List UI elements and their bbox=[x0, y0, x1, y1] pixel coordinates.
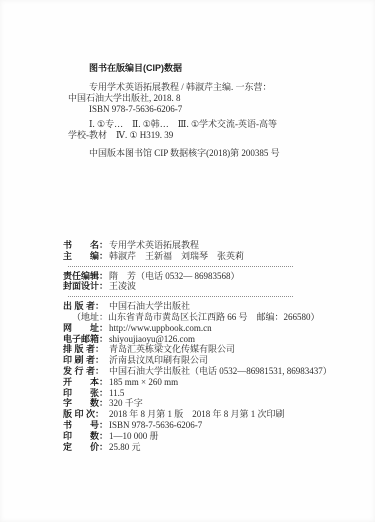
cip-data-block: 图书在版编目(CIP)数据 专用学术英语拓展教程 / 韩淑芹主编. 一东营： 中… bbox=[68, 63, 348, 159]
row-printed-sheets: 印 张：11.5 bbox=[63, 388, 365, 399]
row-value: 25.80 元 bbox=[109, 442, 141, 452]
colophon-block: 书 名：专用学术英语拓展教程 主 编：韩淑芹 王新福 刘瑞琴 张英莉 责任编辑：… bbox=[63, 240, 365, 452]
row-label: 主 编： bbox=[63, 251, 109, 262]
row-value: http://www.uppbook.com.cn bbox=[109, 323, 212, 333]
dotted-divider bbox=[68, 296, 293, 297]
row-label: 字 数： bbox=[63, 398, 109, 409]
row-value: 11.5 bbox=[109, 388, 124, 398]
row-label: 印 刷 者： bbox=[63, 355, 109, 366]
row-email: 电子邮箱：shiyoujiaoyu@126.com bbox=[63, 334, 365, 345]
row-value: 中国石油大学出版社 bbox=[109, 301, 190, 311]
row-book-title: 书 名：专用学术英语拓展教程 bbox=[63, 240, 365, 251]
row-isbn: 书 号：ISBN 978-7-5636-6206-7 bbox=[63, 420, 365, 431]
row-label: 版 印 次： bbox=[63, 409, 109, 420]
row-printer: 印 刷 者：沂南县汶凤印刷有限公司 bbox=[63, 355, 365, 366]
cip-isbn-line: ISBN 978-7-5636-6206-7 bbox=[68, 104, 348, 115]
row-label: 网 址： bbox=[63, 323, 109, 334]
row-label: 出 版 者： bbox=[63, 301, 109, 312]
row-distributor: 发 行 者：中国石油大学出版社（电话 0532—86981531, 869834… bbox=[63, 366, 365, 377]
row-edition-impression: 版 印 次：2018 年 8 月第 1 版 2018 年 8 月第 1 次印刷 bbox=[63, 409, 365, 420]
row-label: 排 版 者： bbox=[63, 344, 109, 355]
row-value: ISBN 978-7-5636-6206-7 bbox=[109, 420, 202, 430]
cip-record-line: 中国版本图书馆 CIP 数据核字(2018)第 200385 号 bbox=[68, 148, 348, 159]
cip-class-line-1: Ⅰ. ①专… Ⅱ. ①韩… Ⅲ. ①学术交流-英语-高等 bbox=[68, 119, 348, 130]
row-value: 中国石油大学出版社（电话 0532—86981531, 86983437） bbox=[109, 366, 332, 376]
row-word-count: 字 数：320 千字 bbox=[63, 398, 365, 409]
row-value: 王凌波 bbox=[109, 281, 136, 291]
row-format: 开 本：185 mm × 260 mm bbox=[63, 377, 365, 388]
row-typesetter: 排 版 者：青岛汇英栋梁文化传媒有限公司 bbox=[63, 344, 365, 355]
row-label: 发 行 者： bbox=[63, 366, 109, 377]
row-label: 责任编辑： bbox=[63, 271, 109, 282]
dotted-divider bbox=[68, 266, 293, 267]
row-label: 电子邮箱： bbox=[63, 334, 109, 345]
row-value: 320 千字 bbox=[109, 398, 143, 408]
row-value: 2018 年 8 月第 1 版 2018 年 8 月第 1 次印刷 bbox=[109, 409, 285, 419]
cip-header: 图书在版编目(CIP)数据 bbox=[68, 63, 348, 74]
row-value: 沂南县汶凤印刷有限公司 bbox=[109, 355, 208, 365]
row-value: 185 mm × 260 mm bbox=[109, 377, 178, 387]
cip-class-line-2: 学校-教材 Ⅳ. ① H319. 39 bbox=[68, 130, 348, 141]
row-value: 隋 芳（电话 0532— 86983568） bbox=[109, 271, 240, 281]
row-value: 1—10 000 册 bbox=[109, 431, 159, 441]
row-value: 韩淑芹 王新福 刘瑞琴 张英莉 bbox=[109, 251, 244, 261]
row-website: 网 址：http://www.uppbook.com.cn bbox=[63, 323, 365, 334]
row-label: 印 张： bbox=[63, 388, 109, 399]
row-value: （地址：山东省青岛市黄岛区长江西路 66 号 邮编：266580） bbox=[72, 312, 320, 322]
row-label: 印 数： bbox=[63, 431, 109, 442]
row-publisher: 出 版 者：中国石油大学出版社 bbox=[63, 301, 365, 312]
row-print-run: 印 数：1—10 000 册 bbox=[63, 431, 365, 442]
row-publisher-address: （地址：山东省青岛市黄岛区长江西路 66 号 邮编：266580） bbox=[63, 312, 365, 323]
cip-title-line: 专用学术英语拓展教程 / 韩淑芹主编. 一东营： bbox=[68, 82, 348, 93]
row-responsible-editor: 责任编辑：隋 芳（电话 0532— 86983568） bbox=[63, 271, 365, 282]
row-price: 定 价：25.80 元 bbox=[63, 442, 365, 453]
row-label: 封面设计： bbox=[63, 281, 109, 292]
row-value: shiyoujiaoyu@126.com bbox=[109, 334, 195, 344]
row-label: 开 本： bbox=[63, 377, 109, 388]
row-label: 书 号： bbox=[63, 420, 109, 431]
row-chief-editors: 主 编：韩淑芹 王新福 刘瑞琴 张英莉 bbox=[63, 251, 365, 262]
row-label: 书 名： bbox=[63, 240, 109, 251]
cip-publisher-line: 中国石油大学出版社, 2018. 8 bbox=[68, 93, 348, 104]
copyright-page: 图书在版编目(CIP)数据 专用学术英语拓展教程 / 韩淑芹主编. 一东营： 中… bbox=[0, 0, 375, 522]
row-value: 青岛汇英栋梁文化传媒有限公司 bbox=[109, 344, 235, 354]
row-cover-designer: 封面设计：王凌波 bbox=[63, 281, 365, 292]
row-value: 专用学术英语拓展教程 bbox=[109, 240, 199, 250]
row-label: 定 价： bbox=[63, 442, 109, 453]
